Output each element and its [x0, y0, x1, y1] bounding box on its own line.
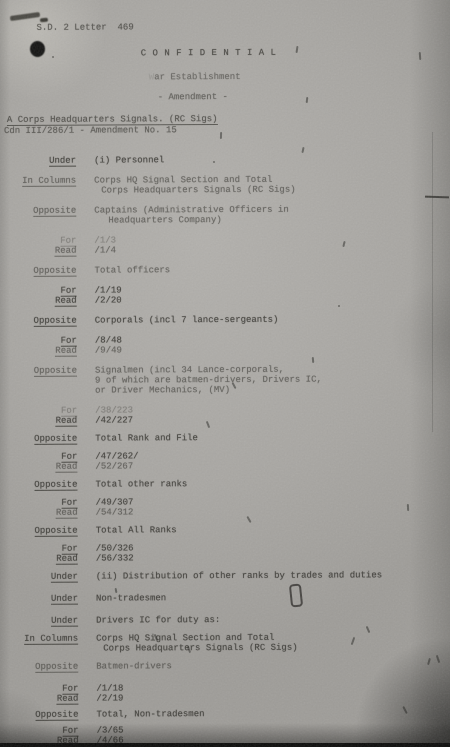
row-label: Under — [1, 572, 78, 582]
read-row-signalmen: Read /42/227 — [0, 414, 450, 426]
read-value: /56/332 — [96, 553, 134, 563]
for-value: /1/18 — [96, 683, 123, 693]
read-row-total-rank-and-file: Read /52/267 — [0, 460, 450, 472]
row-label: Read — [1, 694, 78, 704]
row-label: Read — [0, 246, 76, 256]
entry-opposite-total-rank-and-file: Opposite Total Rank and File — [0, 432, 450, 444]
entry-opposite-total-officers: Opposite Total officers — [0, 264, 450, 276]
row-value: Corporals (incl 7 lance-sergeants) — [95, 315, 279, 326]
row-value: Total Rank and File — [95, 433, 198, 443]
entry-under-drivers-ic: Under Drivers IC for duty as: — [1, 614, 450, 626]
row-label: For — [2, 726, 79, 736]
read-row-batmen-drivers: Read /2/19 — [1, 692, 450, 704]
for-value: /3/65 — [97, 725, 124, 735]
entry-opposite-total-all-ranks: Opposite Total All Ranks — [1, 524, 450, 536]
row-label: For — [0, 406, 77, 416]
establishment-text: ar Establishment — [154, 72, 240, 82]
establishment-heading: War Establishment — [0, 71, 391, 83]
scanned-document-page: S.D. 2 Letter 469 C O N F I D E N T I A … — [0, 0, 450, 747]
row-label: Under — [1, 594, 78, 604]
read-value: /2/20 — [95, 295, 122, 305]
row-label: For — [0, 236, 76, 246]
row-label: Under — [1, 616, 78, 626]
read-value: /1/4 — [94, 245, 116, 255]
entry-in-columns-1: In Columns Corps HQ Signal Section and T… — [0, 174, 449, 196]
entry-opposite-total-other-ranks: Opposite Total other ranks — [0, 478, 450, 490]
row-value: Non-tradesmen — [96, 593, 166, 603]
establishment-faded-letter: W — [149, 72, 154, 82]
for-value: /50/326 — [96, 543, 134, 553]
entry-opposite-total-non-tradesmen: Opposite Total, Non-tradesmen — [1, 708, 450, 720]
for-value: /49/307 — [96, 497, 134, 507]
row-label: For — [1, 544, 78, 554]
entry-opposite-signalmen: Opposite Signalmen (incl 34 Lance-corpor… — [0, 364, 450, 396]
row-value: Drivers IC for duty as: — [96, 615, 220, 626]
entry-under-non-tradesmen: Under Non-tradesmen — [1, 592, 450, 604]
entry-under-distribution: Under (ii) Distribution of other ranks b… — [1, 570, 450, 582]
row-label: Opposite — [1, 662, 78, 672]
row-value: Total, Non-tradesmen — [96, 709, 204, 719]
row-value: Corps HQ Signal Section and TotalCorps H… — [96, 633, 298, 654]
read-value: /9/49 — [95, 345, 122, 355]
row-value: Corps HQ Signal Section and TotalCorps H… — [94, 175, 296, 196]
entry-under-personnel: Under (i) Personnel — [0, 154, 449, 166]
row-value: Signalmen (incl 34 Lance-corporals,9 of … — [95, 365, 322, 396]
row-label: In Columns — [1, 634, 78, 654]
read-value: /52/267 — [95, 461, 133, 471]
read-row-total-all-ranks: Read /56/332 — [1, 552, 450, 564]
row-value: Total officers — [95, 265, 171, 275]
for-value: /1/3 — [94, 235, 116, 245]
row-label: Read — [1, 508, 78, 518]
read-value: /42/227 — [95, 415, 133, 425]
row-label: Opposite — [1, 710, 78, 720]
read-row-corporals: Read /9/49 — [0, 344, 450, 356]
entry-in-columns-2: In Columns Corps HQ Signal Section and T… — [1, 632, 450, 654]
scan-bottom-edge — [0, 743, 450, 747]
row-label: Read — [0, 416, 77, 426]
amendment-reference-line: Cdn III/286/1 - Amendment No. 15 — [4, 124, 449, 136]
row-label: For — [0, 336, 77, 346]
row-label: Opposite — [0, 206, 76, 226]
row-label: Opposite — [0, 316, 77, 326]
row-label: In Columns — [0, 176, 76, 196]
row-label: For — [1, 498, 78, 508]
row-label: Opposite — [0, 480, 77, 490]
for-value: /38/223 — [95, 405, 133, 415]
classification-heading: C O N F I D E N T I A L — [0, 47, 419, 59]
row-label: For — [1, 684, 78, 694]
read-row-total-officers: Read /2/20 — [0, 294, 450, 306]
row-label: Opposite — [0, 434, 77, 444]
row-label: Read — [0, 296, 77, 306]
row-value: Total All Ranks — [96, 525, 177, 535]
row-label: For — [0, 452, 77, 462]
row-label: For — [0, 286, 77, 296]
read-row-total-other-ranks: Read /54/312 — [1, 506, 450, 518]
amendment-heading: - Amendment - — [0, 91, 387, 103]
row-label: Read — [1, 554, 78, 564]
letter-reference: S.D. 2 Letter 469 — [36, 21, 448, 33]
row-value: Captains (Administrative Officers inHead… — [94, 205, 289, 226]
for-value: /8/48 — [95, 335, 122, 345]
entry-opposite-corporals: Opposite Corporals (incl 7 lance-sergean… — [0, 314, 450, 326]
entry-opposite-captains: Opposite Captains (Administrative Office… — [0, 204, 449, 226]
row-label: Opposite — [0, 366, 77, 396]
read-value: /54/312 — [96, 507, 134, 517]
row-value: Total other ranks — [95, 479, 187, 489]
for-value: /1/19 — [95, 285, 122, 295]
row-label: Opposite — [0, 266, 77, 276]
row-label: Under — [0, 156, 76, 166]
row-label: Read — [0, 462, 77, 472]
row-value: (ii) Distribution of other ranks by trad… — [96, 570, 382, 581]
read-row-captains: Read /1/4 — [0, 244, 449, 256]
for-value: /47/262/ — [95, 451, 138, 461]
entry-opposite-batmen-drivers: Opposite Batmen-drivers — [1, 660, 450, 672]
row-value: (i) Personnel — [94, 155, 164, 165]
amendment-body: Under (i) Personnel In Columns Corps HQ … — [0, 154, 450, 746]
row-value: Batmen-drivers — [96, 661, 172, 671]
row-label: Opposite — [1, 526, 78, 536]
read-value: /2/19 — [96, 693, 123, 703]
document-content: S.D. 2 Letter 469 C O N F I D E N T I A … — [0, 0, 450, 747]
row-label: Read — [0, 346, 77, 356]
